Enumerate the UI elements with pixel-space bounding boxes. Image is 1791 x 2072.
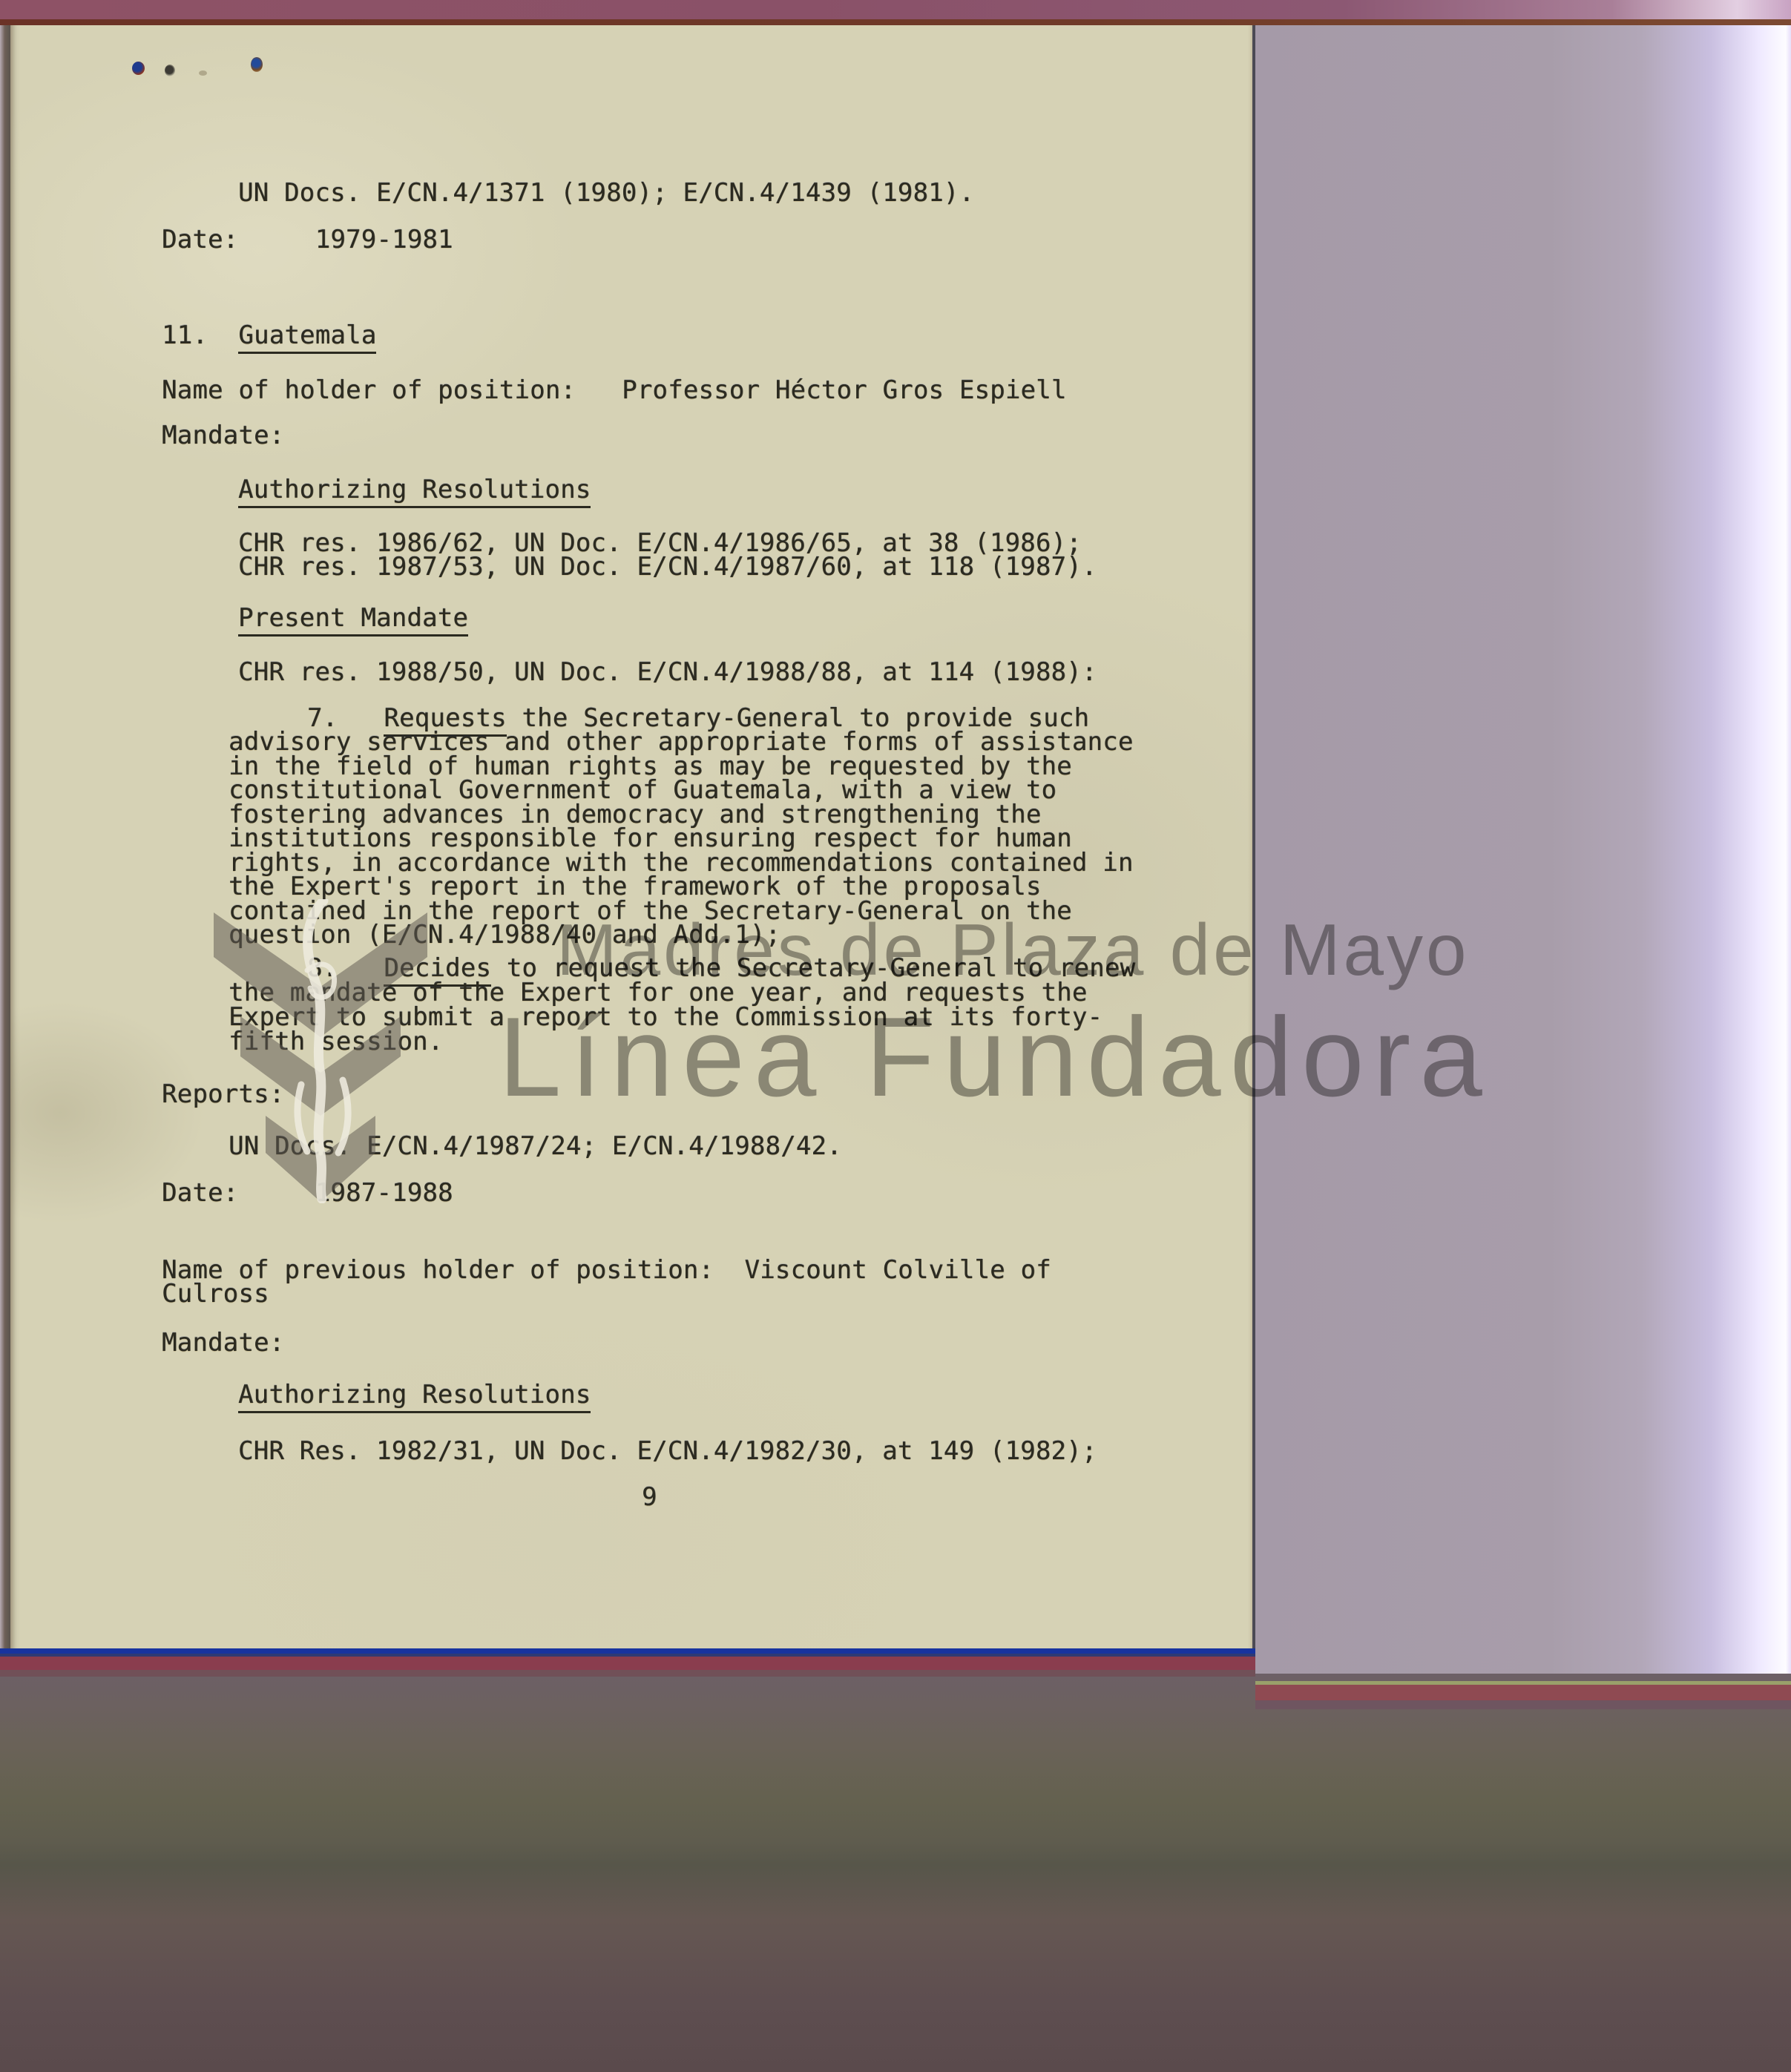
text-segment: Date: 1979-1981 — [162, 225, 453, 254]
typewritten-line: Name of holder of position: Professor Hé… — [162, 378, 1067, 403]
typewritten-line: Date: 1979-1981 — [162, 227, 453, 252]
text-segment: CHR res. 1987/53, UN Doc. E/CN.4/1987/60… — [238, 552, 1097, 582]
ink-speck — [132, 62, 145, 75]
typewritten-line: 9 — [642, 1484, 657, 1510]
typewritten-line: institutions responsible for ensuring re… — [229, 826, 1072, 851]
typewritten-line: CHR res. 1987/53, UN Doc. E/CN.4/1987/60… — [238, 554, 1097, 579]
text-segment: CHR res. 1988/50, UN Doc. E/CN.4/1988/88… — [238, 657, 1097, 687]
typewritten-line: Mandate: — [162, 1330, 284, 1355]
ink-speck — [199, 70, 207, 76]
typewritten-line: constitutional Government of Guatemala, … — [229, 777, 1056, 803]
underlined-text: Authorizing Resolutions — [238, 475, 591, 508]
text-segment: Culross — [162, 1279, 269, 1309]
ink-speck — [251, 57, 263, 72]
typewritten-line: Mandate: — [162, 423, 284, 448]
scanner-bottom-transition-right — [1255, 1681, 1791, 1709]
scanner-background-band — [1255, 19, 1791, 1687]
underlined-text: Present Mandate — [238, 603, 468, 637]
text-segment: CHR Res. 1982/31, UN Doc. E/CN.4/1982/30… — [238, 1436, 1097, 1466]
typewritten-text-layer: UN Docs. E/CN.4/1371 (1980); E/CN.4/1439… — [10, 19, 1252, 1677]
watermark-text-line2: Línea Fundadora — [499, 993, 1491, 1122]
text-segment: UN Docs. E/CN.4/1371 (1980); E/CN.4/1439… — [238, 178, 974, 208]
ink-speck — [165, 65, 175, 76]
typewritten-line: CHR Res. 1982/31, UN Doc. E/CN.4/1982/30… — [238, 1438, 1097, 1464]
scanner-top-strip — [0, 0, 1791, 19]
typewritten-line: the Expert's report in the framework of … — [229, 874, 1042, 899]
scanner-top-line — [0, 19, 1791, 25]
underlined-text: Authorizing Resolutions — [238, 1380, 591, 1413]
scanned-document-image: UN Docs. E/CN.4/1371 (1980); E/CN.4/1439… — [0, 0, 1791, 2072]
text-segment: Name of holder of position: Professor Hé… — [162, 375, 1067, 405]
scanner-bottom-transition-left — [0, 1648, 1255, 1677]
typewritten-line: Name of previous holder of position: Vis… — [162, 1257, 1051, 1283]
scanner-bottom-band — [0, 1674, 1791, 2072]
typewritten-line: Authorizing Resolutions — [238, 477, 591, 502]
text-segment: Name of previous holder of position: Vis… — [162, 1255, 1051, 1285]
typewritten-line: CHR res. 1988/50, UN Doc. E/CN.4/1988/88… — [238, 660, 1097, 685]
typewritten-line: advisory services and other appropriate … — [229, 729, 1134, 754]
document-page: UN Docs. E/CN.4/1371 (1980); E/CN.4/1439… — [10, 16, 1255, 1677]
typewritten-line: UN Docs. E/CN.4/1371 (1980); E/CN.4/1439… — [238, 180, 974, 205]
madres-logo-icon — [212, 899, 429, 1203]
typewritten-line: Present Mandate — [238, 605, 468, 631]
text-segment: Mandate: — [162, 1328, 284, 1358]
typewritten-line: Authorizing Resolutions — [238, 1382, 591, 1407]
underlined-text: Guatemala — [238, 320, 376, 354]
text-segment: 11. — [162, 320, 238, 350]
text-segment: 9 — [642, 1482, 657, 1512]
typewritten-line: 11. Guatemala — [162, 323, 376, 348]
text-segment: Mandate: — [162, 421, 284, 450]
watermark-text-line1: Madres de Plaza de Mayo — [556, 908, 1469, 992]
typewritten-line: Culross — [162, 1281, 269, 1306]
